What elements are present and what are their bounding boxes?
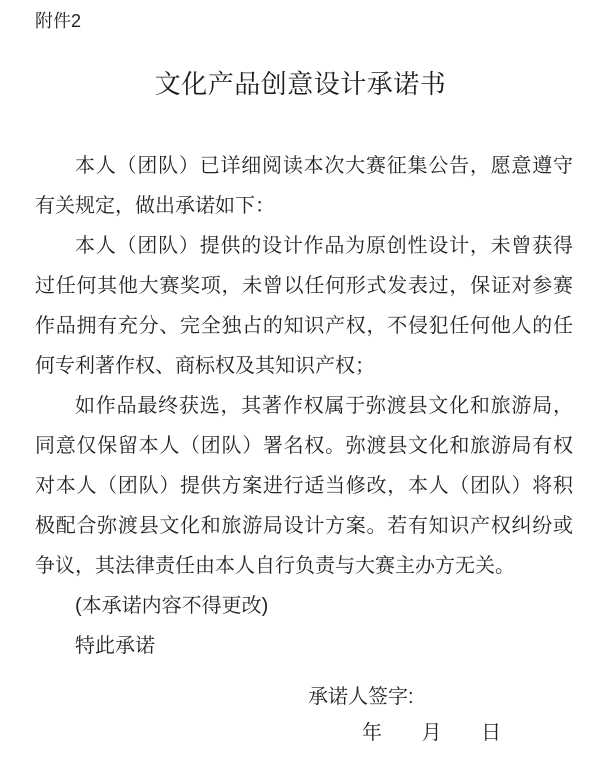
- signature-label: 承诺人签字:: [308, 684, 414, 710]
- paragraph-copyright: 如作品最终获选，其著作权属于弥渡县文化和旅游局，同意仅保留本人（团队）署名权。弥…: [35, 386, 573, 586]
- paragraph-originality: 本人（团队）提供的设计作品为原创性设计，未曾获得过任何其他大赛奖项，未曾以任何形…: [35, 226, 573, 386]
- paragraph-hereby-commit: 特此承诺: [35, 626, 573, 666]
- date-month-label: 月: [422, 720, 442, 746]
- attachment-label: 附件2: [35, 9, 81, 33]
- date-line: 年 月 日: [362, 720, 501, 746]
- document-title: 文化产品创意设计承诺书: [0, 67, 601, 101]
- paragraph-intro: 本人（团队）已详细阅读本次大赛征集公告，愿意遵守有关规定，做出承诺如下：: [35, 146, 573, 226]
- paragraph-no-modification-note: (本承诺内容不得更改): [35, 586, 573, 626]
- date-day-label: 日: [481, 720, 501, 746]
- date-year-label: 年: [362, 720, 382, 746]
- document-body: 本人（团队）已详细阅读本次大赛征集公告，愿意遵守有关规定，做出承诺如下： 本人（…: [35, 146, 573, 666]
- document-page: 附件2 文化产品创意设计承诺书 本人（团队）已详细阅读本次大赛征集公告，愿意遵守…: [0, 0, 601, 765]
